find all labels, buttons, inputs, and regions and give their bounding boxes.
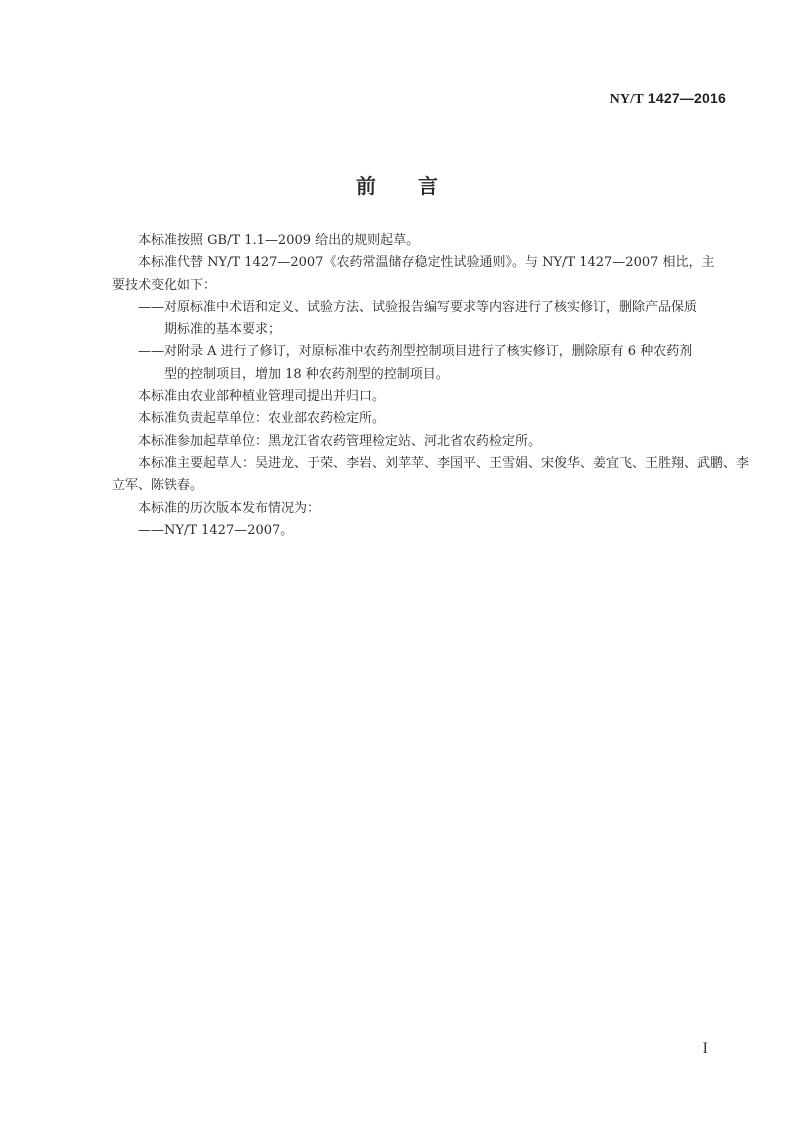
paragraph-main-drafters-line1: 本标准主要起草人：吴进龙、于荣、李岩、刘苹苹、李国平、王雪娟、宋俊华、姜宜飞、王…	[112, 453, 727, 475]
paragraph-main-drafters-line2: 立军、陈铁春。	[112, 475, 727, 497]
page-title: 前言	[0, 170, 794, 199]
history-item-1: ——NY/T 1427—2007。	[112, 520, 727, 542]
document-body: 本标准按照 GB/T 1.1—2009 给出的规则起草。 本标准代替 NY/T …	[112, 230, 727, 542]
standard-code: NY/T 1427—2016	[610, 90, 726, 108]
paragraph-proposer: 本标准由农业部种植业管理司提出并归口。	[112, 386, 727, 408]
change-item-1-line1: ——对原标准中术语和定义、试验方法、试验报告编写要求等内容进行了核实修订，删除产…	[112, 297, 727, 319]
paragraph-version-history: 本标准的历次版本发布情况为：	[112, 498, 727, 520]
paragraph-responsible-drafter: 本标准负责起草单位：农业部农药检定所。	[112, 408, 727, 430]
paragraph-drafting-rules: 本标准按照 GB/T 1.1—2009 给出的规则起草。	[112, 230, 727, 252]
standard-code-prefix: NY/T	[610, 92, 644, 107]
paragraph-replacement-line2: 要技术变化如下：	[112, 275, 727, 297]
change-item-1-line2: 期标准的基本要求；	[112, 319, 727, 341]
change-item-2-line2: 型的控制项目，增加 18 种农药剂型的控制项目。	[112, 364, 727, 386]
standard-code-number: 1427—2016	[648, 90, 726, 106]
change-item-2-line1: ——对附录 A 进行了修订，对原标准中农药剂型控制项目进行了核实修订，删除原有 …	[112, 341, 727, 363]
page-number: I	[703, 1040, 708, 1058]
paragraph-replacement-line1: 本标准代替 NY/T 1427—2007《农药常温储存稳定性试验通则》。与 NY…	[112, 252, 727, 274]
paragraph-participating-drafters: 本标准参加起草单位：黑龙江省农药管理检定站、河北省农药检定所。	[112, 431, 727, 453]
